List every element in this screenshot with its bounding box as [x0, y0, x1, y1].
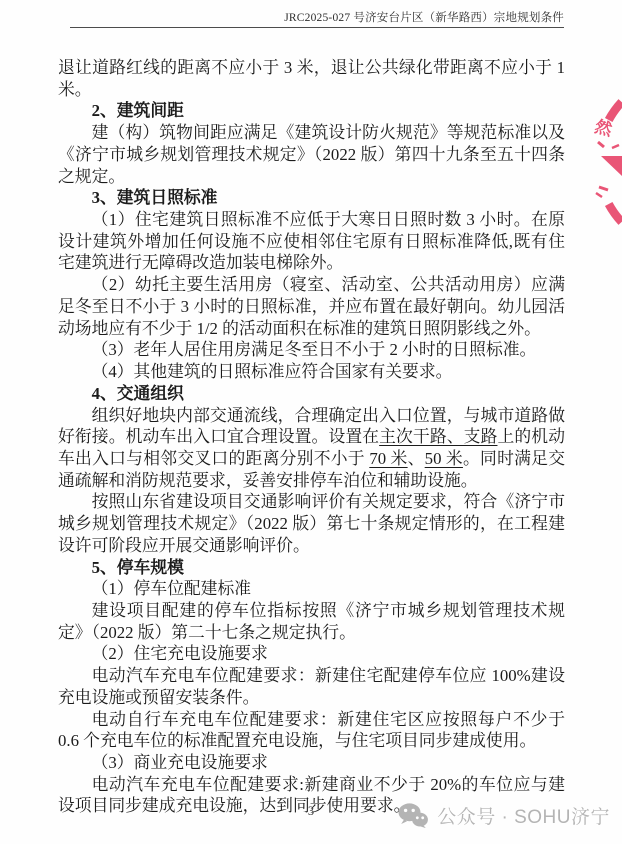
paragraph: （4）其他建筑的日照标准应符合国家有关要求。: [58, 361, 565, 383]
seal-mark: [612, 145, 619, 148]
text-run: 4、交通组织: [92, 384, 184, 403]
paragraph: 按照山东省建设项目交通影响评价有关规定要求，符合《济宁市城乡规划管理技术规定》（…: [58, 491, 565, 556]
seal-ring-arc-bottom: [609, 204, 622, 222]
text-run: 按照山东省建设项目交通影响评价有关规定要求，符合《济宁市城乡规划管理技术规定》（…: [58, 492, 565, 554]
page: { "header": { "doc_title": "JRC2025-027 …: [0, 0, 622, 844]
seal-star-point: [601, 156, 622, 176]
underlined-text: 主次干路、支路: [379, 427, 497, 446]
paragraph: （2）幼托主要生活用房（寝室、活动室、公共活动用房）应满足冬至日不小于 3 小时…: [58, 274, 565, 339]
seal-character: 然: [593, 116, 616, 140]
watermark: 公众号 · SOHU济宁: [398, 802, 610, 829]
text-run: 电动自行车充电车位配建要求：新建住宅区应按照每户不少于 0.6 个充电车位的标准…: [58, 710, 565, 751]
text-run: （2）幼托主要生活用房（寝室、活动室、公共活动用房）应满足冬至日不小于 3 小时…: [58, 275, 565, 337]
text-run: （2）住宅充电设施要求: [92, 644, 268, 663]
text-run: 5、停车规模: [92, 558, 184, 577]
paragraph: 电动自行车充电车位配建要求：新建住宅区应按照每户不少于 0.6 个充电车位的标准…: [58, 709, 565, 752]
seal-mark: [599, 187, 608, 190]
underlined-text: 70 米: [369, 449, 407, 468]
paragraph: 组织好地块内部交通流线，合理确定出入口位置，与城市道路做好衔接。机动车出入口宜合…: [58, 405, 565, 492]
seal-mark: [596, 193, 602, 197]
seal-mark: [598, 142, 604, 147]
paragraph: （2）住宅充电设施要求: [58, 643, 565, 665]
paragraph: （3）老年人居住用房满足冬至日不小于 2 小时的日照标准。: [58, 339, 565, 361]
section-heading: 4、交通组织: [58, 383, 565, 405]
text-run: （4）其他建筑的日照标准应符合国家有关要求。: [92, 362, 453, 381]
header-rule: [70, 27, 564, 28]
text-run: 电动汽车充电车位配建要求：新建住宅配建停车位应 100%建设充电设施或预留安装条…: [58, 666, 565, 707]
paragraph: （3）商业充电设施要求: [58, 752, 565, 774]
text-run: 3、建筑日照标准: [92, 188, 218, 207]
paragraph: 建设项目配建的停车位指标按照《济宁市城乡规划管理技术规定》（2022 版）第二十…: [58, 600, 565, 643]
text-run: 退让道路红线的距离不应小于 3 米，退让公共绿化带距离不应小于 1 米。: [58, 58, 565, 99]
paragraph: （1）停车位配建标准: [58, 578, 565, 600]
text-run: （1）住宅建筑日照标准不应低于大寒日日照时数 3 小时。在原设计建筑外增加任何设…: [58, 210, 565, 272]
paragraph: 电动汽车充电车位配建要求：新建住宅配建停车位应 100%建设充电设施或预留安装条…: [58, 665, 565, 708]
seal-graphic: 然: [586, 94, 622, 244]
text-run: 建设项目配建的停车位指标按照《济宁市城乡规划管理技术规定》（2022 版）第二十…: [58, 601, 565, 642]
section-heading: 3、建筑日照标准: [58, 187, 565, 209]
seal-ring-arc-top: [609, 102, 622, 120]
paragraph: 退让道路红线的距离不应小于 3 米，退让公共绿化带距离不应小于 1 米。: [58, 57, 565, 100]
text-run: 建（构）筑物间距应满足《建筑设计防火规范》等规范标准以及《济宁市城乡规划管理技术…: [58, 123, 565, 185]
underlined-text: 50 米: [425, 449, 463, 468]
text-run: （3）老年人居住用房满足冬至日不小于 2 小时的日照标准。: [92, 340, 537, 359]
paragraph: （1）住宅建筑日照标准不应低于大寒日日照时数 3 小时。在原设计建筑外增加任何设…: [58, 209, 565, 274]
page-header-title: JRC2025-027 号济安台片区（新华路西）宗地规划条件: [284, 9, 564, 25]
text-run: 2、建筑间距: [92, 101, 184, 120]
document-body: 退让道路红线的距离不应小于 3 米，退让公共绿化带距离不应小于 1 米。2、建筑…: [58, 57, 565, 817]
text-run: （1）停车位配建标准: [92, 579, 251, 598]
official-seal-stamp: 然: [586, 94, 622, 244]
text-run: （3）商业充电设施要求: [92, 753, 268, 772]
text-run: 、: [408, 449, 425, 468]
paragraph: 建（构）筑物间距应满足《建筑设计防火规范》等规范标准以及《济宁市城乡规划管理技术…: [58, 122, 565, 187]
section-heading: 5、停车规模: [58, 557, 565, 579]
wechat-icon: [398, 803, 428, 828]
section-heading: 2、建筑间距: [58, 100, 565, 122]
watermark-text: 公众号 · SOHU济宁: [437, 802, 610, 829]
